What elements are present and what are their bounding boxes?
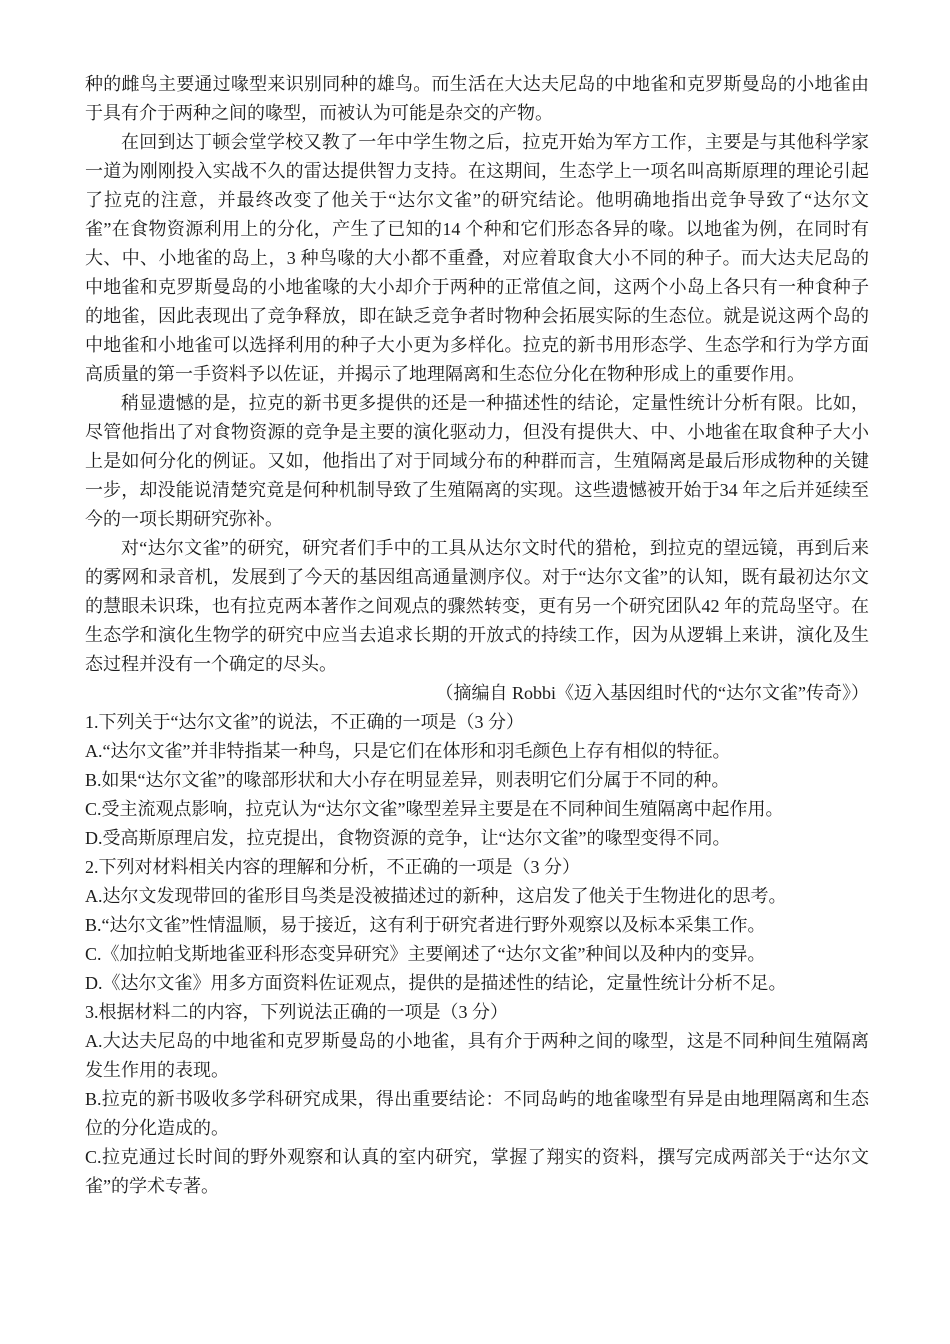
question-option: B.拉克的新书吸收多学科研究成果，得出重要结论：不同岛屿的地雀喙型有异是由地理隔… — [85, 1085, 869, 1143]
question-stem: 3.根据材料二的内容，下列说法正确的一项是（3 分） — [85, 998, 869, 1027]
question-block-2: 2.下列对材料相关内容的理解和分析，不正确的一项是（3 分） A.达尔文发现带回… — [85, 853, 869, 998]
question-option: C.受主流观点影响，拉克认为“达尔文雀”喙型差异主要是在不同种间生殖隔离中起作用… — [85, 795, 869, 824]
passage-paragraph-continuation: 种的雌鸟主要通过喙型来识别同种的雄鸟。而生活在大达夫尼岛的中地雀和克罗斯曼岛的小… — [85, 70, 869, 128]
question-option: B.如果“达尔文雀”的喙部形状和大小存在明显差异，则表明它们分属于不同的种。 — [85, 766, 869, 795]
exam-page: 种的雌鸟主要通过喙型来识别同种的雄鸟。而生活在大达夫尼岛的中地雀和克罗斯曼岛的小… — [0, 0, 950, 1344]
question-stem: 1.下列关于“达尔文雀”的说法，不正确的一项是（3 分） — [85, 708, 869, 737]
passage-paragraph: 在回到达丁顿会堂学校又教了一年中学生物之后，拉克开始为军方工作，主要是与其他科学… — [85, 128, 869, 389]
passage-attribution: （摘编自 Robbi《迈入基因组时代的“达尔文雀”传奇》） — [85, 679, 869, 708]
question-block-1: 1.下列关于“达尔文雀”的说法，不正确的一项是（3 分） A.“达尔文雀”并非特… — [85, 708, 869, 853]
document-content: 种的雌鸟主要通过喙型来识别同种的雄鸟。而生活在大达夫尼岛的中地雀和克罗斯曼岛的小… — [85, 70, 869, 1201]
question-option: A.“达尔文雀”并非特指某一种鸟，只是它们在体形和羽毛颜色上存有相似的特征。 — [85, 737, 869, 766]
passage-paragraph: 对“达尔文雀”的研究，研究者们手中的工具从达尔文时代的猎枪，到拉克的望远镜，再到… — [85, 534, 869, 679]
passage-paragraph: 稍显遗憾的是，拉克的新书更多提供的还是一种描述性的结论，定量性统计分析有限。比如… — [85, 389, 869, 534]
question-block-3: 3.根据材料二的内容，下列说法正确的一项是（3 分） A.大达夫尼岛的中地雀和克… — [85, 998, 869, 1201]
question-stem: 2.下列对材料相关内容的理解和分析，不正确的一项是（3 分） — [85, 853, 869, 882]
question-option: A.大达夫尼岛的中地雀和克罗斯曼岛的小地雀，具有介于两种之间的喙型，这是不同种间… — [85, 1027, 869, 1085]
question-option: C.《加拉帕戈斯地雀亚科形态变异研究》主要阐述了“达尔文雀”种间以及种内的变异。 — [85, 940, 869, 969]
question-option: A.达尔文发现带回的雀形目鸟类是没被描述过的新种，这启发了他关于生物进化的思考。 — [85, 882, 869, 911]
question-option: D.受高斯原理启发，拉克提出，食物资源的竞争，让“达尔文雀”的喙型变得不同。 — [85, 824, 869, 853]
question-option: C.拉克通过长时间的野外观察和认真的室内研究，掌握了翔实的资料，撰写完成两部关于… — [85, 1143, 869, 1201]
question-option: D.《达尔文雀》用多方面资料佐证观点，提供的是描述性的结论，定量性统计分析不足。 — [85, 969, 869, 998]
question-option: B.“达尔文雀”性情温顺，易于接近，这有利于研究者进行野外观察以及标本采集工作。 — [85, 911, 869, 940]
